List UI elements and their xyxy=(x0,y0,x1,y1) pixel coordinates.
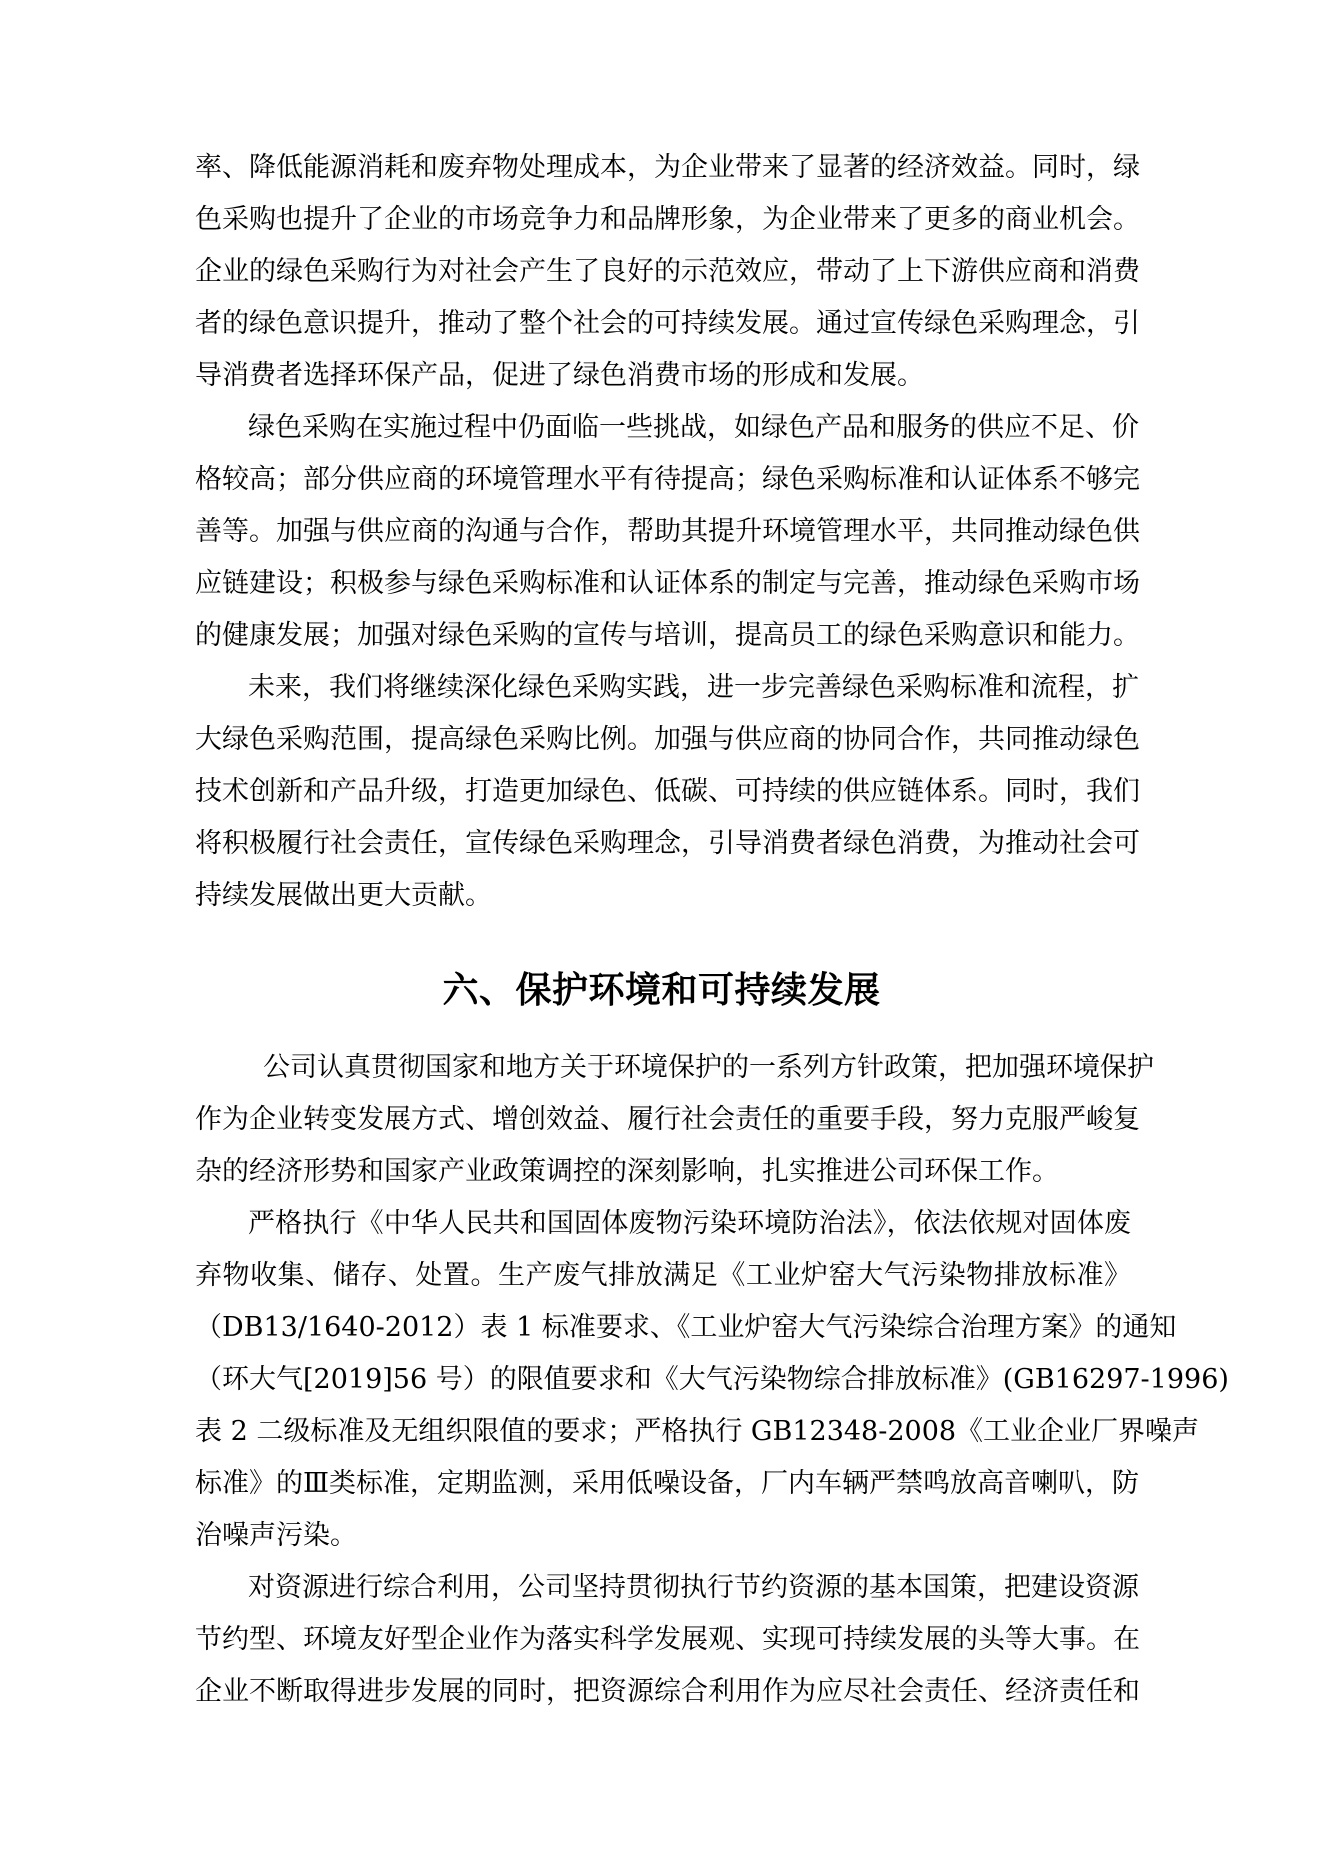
text-line: 治噪声污染。 xyxy=(195,1510,1131,1562)
document-page: 率、降低能源消耗和废弃物处理成本，为企业带来了显著的经济效益。同时，绿 色采购也… xyxy=(0,0,1323,1871)
paragraph-green-procurement-benefits: 率、降低能源消耗和废弃物处理成本，为企业带来了显著的经济效益。同时，绿 色采购也… xyxy=(195,142,1131,402)
text-line: 善等。加强与供应商的沟通与合作，帮助其提升环境管理水平，共同推动绿色供 xyxy=(195,506,1131,558)
green-procurement-section-continuation: 率、降低能源消耗和废弃物处理成本，为企业带来了显著的经济效益。同时，绿 色采购也… xyxy=(195,142,1131,922)
text-line: 杂的经济形势和国家产业政策调控的深刻影响，扎实推进公司环保工作。 xyxy=(195,1146,1131,1198)
text-line: 持续发展做出更大贡献。 xyxy=(195,870,1131,922)
text-line: 者的绿色意识提升，推动了整个社会的可持续发展。通过宣传绿色采购理念，引 xyxy=(195,298,1131,350)
text-line: 严格执行《中华人民共和国固体废物污染环境防治法》，依法依规对固体废 xyxy=(195,1198,1131,1250)
paragraph-green-procurement-challenges: 绿色采购在实施过程中仍面临一些挑战，如绿色产品和服务的供应不足、价 格较高；部分… xyxy=(195,402,1131,662)
text-line: （DB13/1640-2012）表 1 标准要求、《工业炉窑大气污染综合治理方案… xyxy=(195,1302,1131,1354)
text-line: 对资源进行综合利用，公司坚持贯彻执行节约资源的基本国策，把建设资源 xyxy=(195,1562,1131,1614)
paragraph-environmental-policy: 公司认真贯彻国家和地方关于环境保护的一系列方针政策，把加强环境保护 作为企业转变… xyxy=(195,1042,1131,1198)
text-line: 企业不断取得进步发展的同时，把资源综合利用作为应尽社会责任、经济责任和 xyxy=(195,1666,1131,1718)
text-line: 企业的绿色采购行为对社会产生了良好的示范效应，带动了上下游供应商和消费 xyxy=(195,246,1131,298)
text-line: 标准》的Ⅲ类标准，定期监测，采用低噪设备，厂内车辆严禁鸣放高音喇叭，防 xyxy=(195,1458,1131,1510)
paragraph-green-procurement-future: 未来，我们将继续深化绿色采购实践，进一步完善绿色采购标准和流程，扩 大绿色采购范… xyxy=(195,662,1131,922)
text-line: 率、降低能源消耗和废弃物处理成本，为企业带来了显著的经济效益。同时，绿 xyxy=(195,142,1131,194)
text-line: （环大气[2019]56 号）的限值要求和《大气污染物综合排放标准》(GB162… xyxy=(195,1354,1131,1406)
text-line: 表 2 二级标准及无组织限值的要求；严格执行 GB12348-2008《工业企业… xyxy=(195,1406,1131,1458)
text-line: 未来，我们将继续深化绿色采购实践，进一步完善绿色采购标准和流程，扩 xyxy=(195,662,1131,714)
text-line: 绿色采购在实施过程中仍面临一些挑战，如绿色产品和服务的供应不足、价 xyxy=(195,402,1131,454)
text-line: 公司认真贯彻国家和地方关于环境保护的一系列方针政策，把加强环境保护 xyxy=(195,1042,1131,1094)
text-line: 技术创新和产品升级，打造更加绿色、低碳、可持续的供应链体系。同时，我们 xyxy=(195,766,1131,818)
text-line: 格较高；部分供应商的环境管理水平有待提高；绿色采购标准和认证体系不够完 xyxy=(195,454,1131,506)
paragraph-pollution-standards: 严格执行《中华人民共和国固体废物污染环境防治法》，依法依规对固体废 弃物收集、储… xyxy=(195,1198,1131,1562)
text-line: 大绿色采购范围，提高绿色采购比例。加强与供应商的协同合作，共同推动绿色 xyxy=(195,714,1131,766)
environment-protection-section: 公司认真贯彻国家和地方关于环境保护的一系列方针政策，把加强环境保护 作为企业转变… xyxy=(195,1042,1131,1718)
text-line: 弃物收集、储存、处置。生产废气排放满足《工业炉窑大气污染物排放标准》 xyxy=(195,1250,1131,1302)
text-line: 的健康发展；加强对绿色采购的宣传与培训，提高员工的绿色采购意识和能力。 xyxy=(195,610,1131,662)
section-heading: 六、保护环境和可持续发展 xyxy=(0,965,1323,1017)
text-line: 作为企业转变发展方式、增创效益、履行社会责任的重要手段，努力克服严峻复 xyxy=(195,1094,1131,1146)
text-line: 导消费者选择环保产品，促进了绿色消费市场的形成和发展。 xyxy=(195,350,1131,402)
text-line: 将积极履行社会责任，宣传绿色采购理念，引导消费者绿色消费，为推动社会可 xyxy=(195,818,1131,870)
text-line: 色采购也提升了企业的市场竞争力和品牌形象，为企业带来了更多的商业机会。 xyxy=(195,194,1131,246)
paragraph-resource-utilization: 对资源进行综合利用，公司坚持贯彻执行节约资源的基本国策，把建设资源 节约型、环境… xyxy=(195,1562,1131,1718)
text-line: 应链建设；积极参与绿色采购标准和认证体系的制定与完善，推动绿色采购市场 xyxy=(195,558,1131,610)
text-line: 节约型、环境友好型企业作为落实科学发展观、实现可持续发展的头等大事。在 xyxy=(195,1614,1131,1666)
